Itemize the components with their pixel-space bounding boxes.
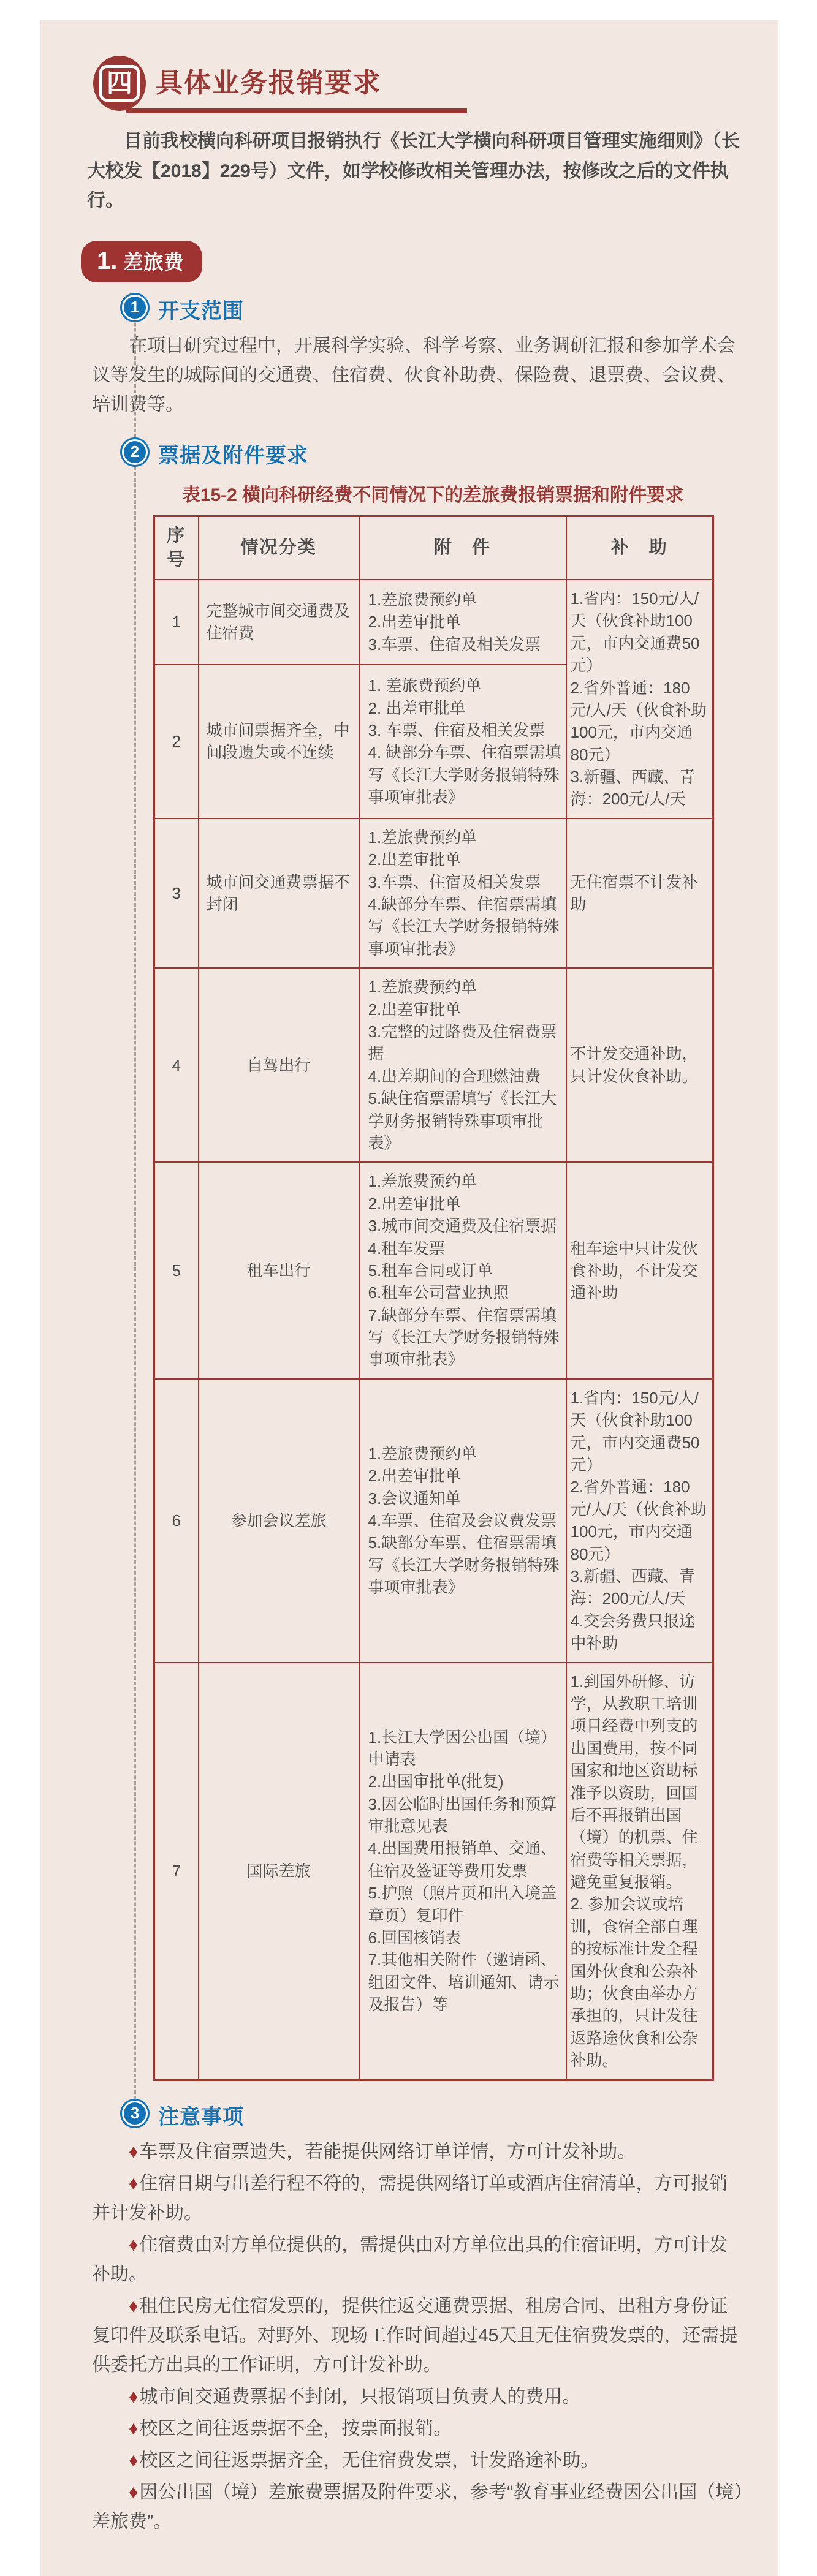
note-item: ♦校区之间往返票据齐全，无住宿费发票，计发路途补助。	[92, 2446, 745, 2476]
intro-paragraph: 目前我校横向科研项目报销执行《长江大学横向科研项目管理实施细则》（长大校发【20…	[87, 127, 744, 216]
diamond-bullet-icon: ♦	[129, 2450, 138, 2471]
cell-category-text: 完整城市间交通费及住宿费	[207, 600, 351, 644]
diamond-bullet-icon: ♦	[129, 2419, 138, 2439]
item-title: 注意事项	[158, 2100, 244, 2130]
cell-category: 城市间交通费票据不封闭	[199, 818, 359, 968]
note-item: ♦校区之间往返票据不全，按票面报销。	[92, 2414, 745, 2444]
cell-category: 城市间票据齐全，中间段遗失或不连续	[199, 665, 359, 818]
diamond-bullet-icon: ♦	[129, 2142, 138, 2162]
cell-attachments: 1.差旅费预约单 2.出差审批单 3.车票、住宿及相关发票	[359, 580, 566, 665]
cell-category-text: 参加会议差旅	[230, 1509, 326, 1532]
cell-category: 完整城市间交通费及住宿费	[199, 580, 359, 665]
cell-no: 7	[154, 1663, 199, 2080]
note-text: 城市间交通费票据不封闭，只报销项目负责人的费用。	[139, 2387, 580, 2407]
subsection-number: 1.	[97, 247, 117, 275]
cell-subsidy: 1.到国外研修、访学，从教职工培训项目经费中列支的出国费用，按不同国家和地区资助…	[566, 1663, 713, 2080]
table-row: 7 国际差旅 1.长江大学因公出国（境）申请表 2.出国审批单(批复) 3.因公…	[154, 1663, 713, 2080]
note-text: 住宿日期与出差行程不符的，需提供网络订单或酒店住宿清单，方可报销并计发补助。	[92, 2174, 728, 2223]
cell-subsidy-text: 1.省内：150元/人/天（伙食补助100元，市内交通费50元） 2.省外普通：…	[571, 1387, 709, 1655]
item-heading-row: 3 注意事项	[158, 2099, 755, 2131]
cell-no: 3	[154, 818, 199, 968]
diamond-bullet-icon: ♦	[129, 2482, 138, 2502]
cell-no: 2	[154, 665, 199, 818]
reimbursement-table: 序号 情况分类 附 件 补 助 1 完整城市间交通费及住宿费 1.差旅费预约单 …	[153, 515, 714, 2081]
timeline-item-notes: 3 注意事项 ♦车票及住宿票遗失，若能提供网络订单详情，方可计发补助。 ♦住宿日…	[61, 2099, 755, 2558]
cell-category-text: 租车出行	[246, 1260, 310, 1282]
cell-subsidy-text: 1.省内：150元/人/天（伙食补助100元，市内交通费50元） 2.省外普通：…	[571, 587, 709, 810]
section-header: 四 具体业务报销要求	[93, 56, 755, 111]
item-title: 票据及附件要求	[158, 439, 308, 469]
table-row: 3 城市间交通费票据不封闭 1.差旅费预约单 2.出差审批单 3.车票、住宿及相…	[154, 818, 713, 968]
item-heading-row: 1 开支范围	[158, 293, 755, 325]
cell-subsidy-text: 租车途中只计发伙食补助，不计发交通补助	[571, 1237, 709, 1304]
timeline-item-scope: 1 开支范围 在项目研究过程中，开展科学实验、科学考察、业务调研汇报和参加学术会…	[61, 293, 755, 438]
cell-no: 1	[154, 580, 199, 665]
cell-attachments: 1.长江大学因公出国（境）申请表 2.出国审批单(批复) 3.因公临时出国任务和…	[359, 1663, 566, 2080]
cell-subsidy: 不计发交通补助，只计发伙食补助。	[566, 968, 713, 1162]
note-text: 住宿费由对方单位提供的，需提供由对方单位出具的住宿证明，方可计发补助。	[92, 2235, 728, 2284]
item-number-circle: 1	[122, 295, 148, 320]
cell-attachments: 1.差旅费预约单 2.出差审批单 3.车票、住宿及相关发票 4.缺部分车票、住宿…	[359, 818, 566, 968]
cell-no: 4	[154, 968, 199, 1162]
item-heading-row: 2 票据及附件要求	[158, 438, 755, 470]
cell-no: 5	[154, 1162, 199, 1379]
cell-attachments: 1.差旅费预约单 2.出差审批单 3.完整的过路费及住宿费票据 4.出差期间的合…	[359, 968, 566, 1162]
cell-category-text: 城市间交通费票据不封闭	[207, 871, 351, 916]
cell-attachments: 1.差旅费预约单 2.出差审批单 3.会议通知单 4.车票、住宿及会议费发票 5…	[359, 1379, 566, 1663]
cell-subsidy-text: 不计发交通补助，只计发伙食补助。	[571, 1043, 709, 1087]
page-title: 具体业务报销要求	[156, 61, 381, 106]
table-title: 表15-2 横向科研经费不同情况下的差旅费报销票据和附件要求	[153, 480, 712, 507]
cell-category: 参加会议差旅	[199, 1379, 359, 1663]
note-text: 租住民房无住宿发票的，提供往返交通费票据、租房合同、出租方身份证复印件及联系电话…	[92, 2296, 737, 2375]
timeline-item-documents: 2 票据及附件要求 表15-2 横向科研经费不同情况下的差旅费报销票据和附件要求…	[61, 438, 755, 2099]
title-underline	[126, 108, 467, 113]
cell-subsidy: 租车途中只计发伙食补助，不计发交通补助	[566, 1162, 713, 1379]
item-body: 在项目研究过程中，开展科学实验、科学考察、业务调研汇报和参加学术会议等发生的城际…	[92, 331, 747, 420]
cell-category: 租车出行	[199, 1162, 359, 1379]
diamond-bullet-icon: ♦	[129, 2296, 138, 2316]
document-panel: 四 具体业务报销要求 目前我校横向科研项目报销执行《长江大学横向科研项目管理实施…	[40, 20, 778, 2576]
cell-subsidy: 无住宿票不计发补助	[566, 818, 713, 968]
note-text: 车票及住宿票遗失，若能提供网络订单详情，方可计发补助。	[139, 2142, 636, 2162]
cell-category: 国际差旅	[199, 1663, 359, 2080]
section-number-badge: 四	[93, 56, 146, 111]
table-header-row: 序号 情况分类 附 件 补 助	[154, 516, 713, 580]
cell-subsidy-text: 无住宿票不计发补助	[571, 871, 709, 916]
table-row: 5 租车出行 1.差旅费预约单 2.出差审批单 3.城市间交通费及住宿票据 4.…	[154, 1162, 713, 1379]
note-item: ♦城市间交通费票据不封闭，只报销项目负责人的费用。	[92, 2382, 745, 2412]
subsection-label: 差旅费	[123, 247, 184, 275]
table-row: 4 自驾出行 1.差旅费预约单 2.出差审批单 3.完整的过路费及住宿费票据 4…	[154, 968, 713, 1162]
cell-subsidy-merged: 1.省内：150元/人/天（伙食补助100元，市内交通费50元） 2.省外普通：…	[566, 580, 713, 818]
table-row: 1 完整城市间交通费及住宿费 1.差旅费预约单 2.出差审批单 3.车票、住宿及…	[154, 580, 713, 665]
cell-attachments: 1.差旅费预约单 2.出差审批单 3.城市间交通费及住宿票据 4.租车发票 5.…	[359, 1162, 566, 1379]
cell-category-text: 国际差旅	[246, 1860, 310, 1882]
item-number-circle: 3	[122, 2101, 148, 2126]
item-title: 开支范围	[158, 294, 244, 324]
note-item: ♦住宿费由对方单位提供的，需提供由对方单位出具的住宿证明，方可计发补助。	[92, 2230, 745, 2289]
col-header-no: 序号	[154, 516, 199, 580]
cell-category-text: 自驾出行	[246, 1054, 310, 1076]
note-item: ♦住宿日期与出差行程不符的，需提供网络订单或酒店住宿清单，方可报销并计发补助。	[92, 2169, 745, 2228]
cell-attachments: 1. 差旅费预约单 2. 出差审批单 3. 车票、住宿及相关发票 4. 缺部分车…	[359, 665, 566, 818]
diamond-bullet-icon: ♦	[129, 2235, 138, 2255]
subsection-badge: 1. 差旅费	[81, 241, 202, 282]
cell-subsidy-text: 1.到国外研修、访学，从教职工培训项目经费中列支的出国费用，按不同国家和地区资助…	[571, 1671, 709, 2072]
note-item: ♦因公出国（境）差旅费票据及附件要求，参考“教育事业经费因公出国（境）差旅费”。	[92, 2478, 745, 2537]
diamond-bullet-icon: ♦	[129, 2387, 138, 2407]
col-header-subsidy: 补 助	[566, 516, 713, 580]
note-text: 校区之间往返票据不全，按票面报销。	[139, 2419, 452, 2439]
cell-no: 6	[154, 1379, 199, 1663]
note-text: 因公出国（境）差旅费票据及附件要求，参考“教育事业经费因公出国（境）差旅费”。	[92, 2482, 743, 2532]
note-item: ♦车票及住宿票遗失，若能提供网络订单详情，方可计发补助。	[92, 2137, 745, 2167]
note-item: ♦租住民房无住宿发票的，提供往返交通费票据、租房合同、出租方身份证复印件及联系电…	[92, 2292, 745, 2380]
cell-subsidy: 1.省内：150元/人/天（伙食补助100元，市内交通费50元） 2.省外普通：…	[566, 1379, 713, 1663]
table-row: 6 参加会议差旅 1.差旅费预约单 2.出差审批单 3.会议通知单 4.车票、住…	[154, 1379, 713, 1663]
diamond-bullet-icon: ♦	[129, 2174, 138, 2194]
section-number: 四	[99, 65, 140, 102]
note-text: 校区之间往返票据齐全，无住宿费发票，计发路途补助。	[139, 2450, 599, 2471]
notes-list: ♦车票及住宿票遗失，若能提供网络订单详情，方可计发补助。 ♦住宿日期与出差行程不…	[92, 2137, 745, 2537]
item-number-circle: 2	[122, 439, 148, 465]
cell-category-text: 城市间票据齐全，中间段遗失或不连续	[207, 719, 351, 764]
cell-category: 自驾出行	[199, 968, 359, 1162]
col-header-category: 情况分类	[199, 516, 359, 580]
col-header-attachments: 附 件	[359, 516, 566, 580]
